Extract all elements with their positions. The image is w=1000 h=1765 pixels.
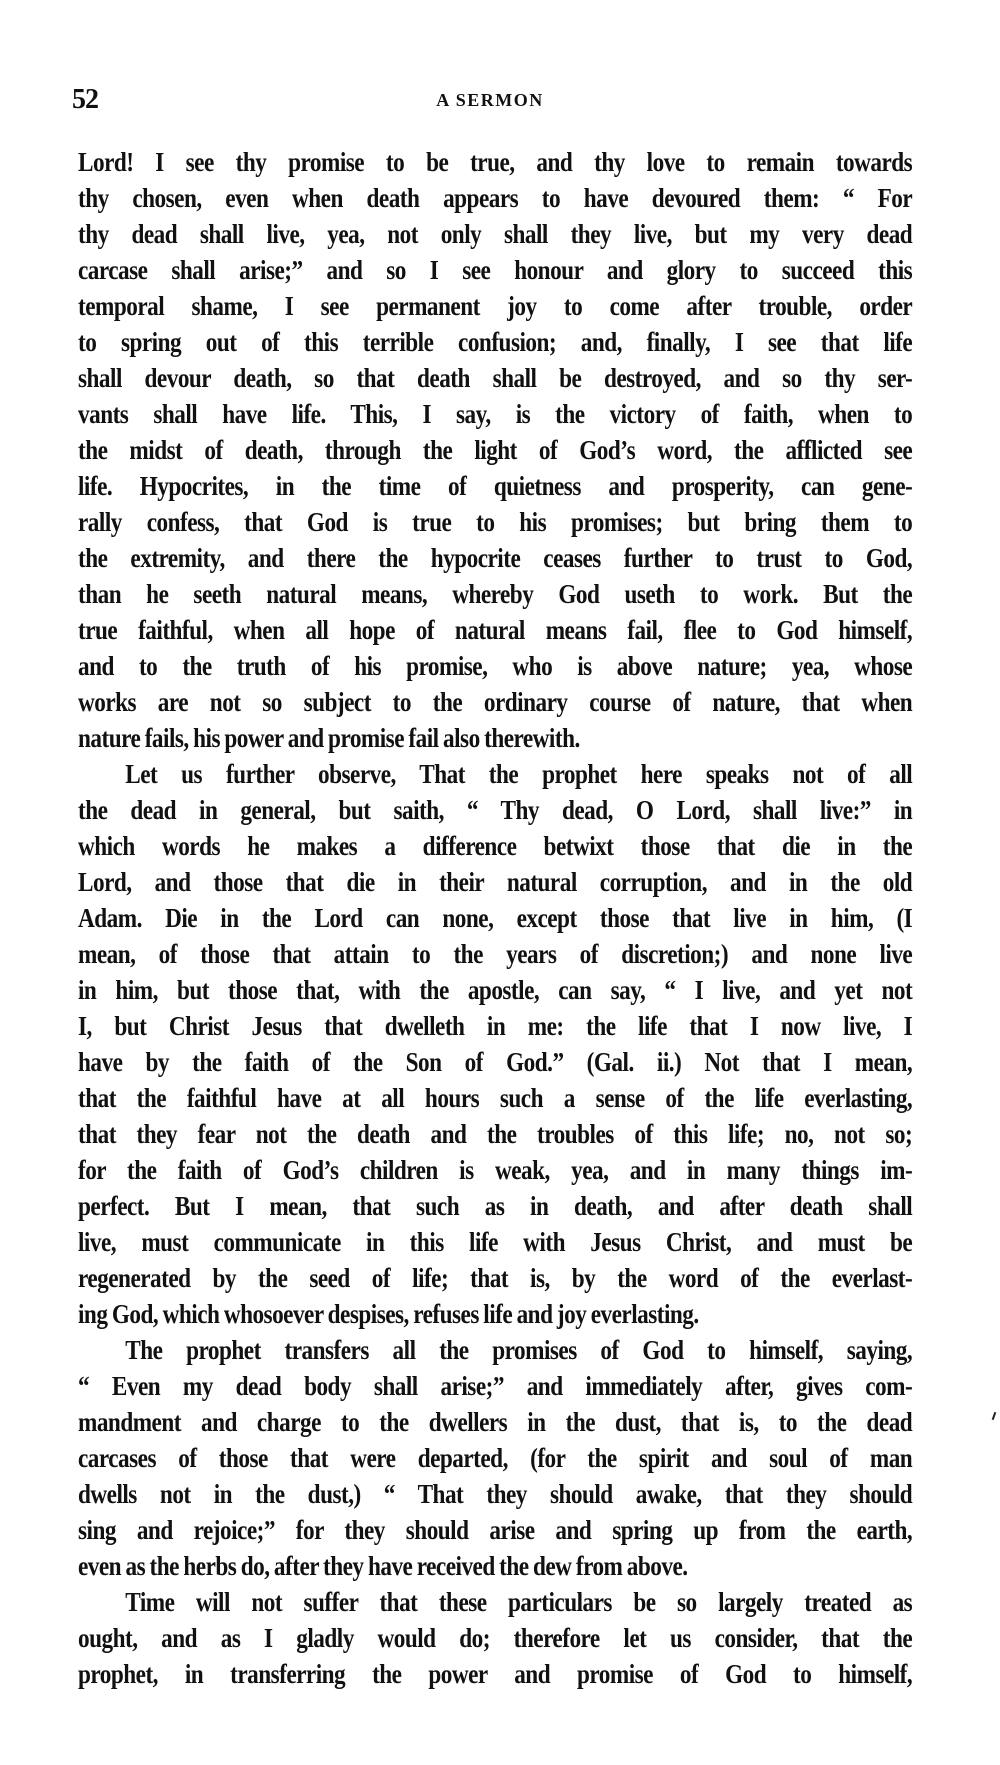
text-line: carcase shall arise;” and so I see honou… <box>78 252 912 288</box>
text-line: that they fear not the death and the tro… <box>78 1116 912 1152</box>
text-line: rally confess, that God is true to his p… <box>78 504 912 540</box>
paragraph: The prophet transfers all the promises o… <box>78 1332 912 1584</box>
running-header: A SERMON <box>0 90 980 111</box>
text-line: regenerated by the seed of life; that is… <box>78 1260 912 1296</box>
text-line: the midst of death, through the light of… <box>78 432 912 468</box>
text-line: I, but Christ Jesus that dwelleth in me:… <box>78 1008 912 1044</box>
text-line: true faithful, when all hope of natural … <box>78 612 912 648</box>
text-line: even as the herbs do, after they have re… <box>78 1548 912 1584</box>
text-line: “ Even my dead body shall arise;” and im… <box>78 1368 912 1404</box>
text-line: temporal shame, I see permanent joy to c… <box>78 288 912 324</box>
text-line: works are not so subject to the ordinary… <box>78 684 912 720</box>
text-line: mean, of those that attain to the years … <box>78 936 912 972</box>
body-text: Lord! I see thy promise to be true, and … <box>78 144 912 1692</box>
text-line: which words he makes a difference betwix… <box>78 828 912 864</box>
text-line: nature fails, his power and promise fail… <box>78 720 912 756</box>
text-line: carcases of those that were departed, (f… <box>78 1440 912 1476</box>
text-line: Lord, and those that die in their natura… <box>78 864 912 900</box>
text-line: shall devour death, so that death shall … <box>78 360 912 396</box>
text-line: Time will not suffer that these particul… <box>78 1584 912 1620</box>
stray-ink-mark <box>992 1412 997 1420</box>
text-line: Lord! I see thy promise to be true, and … <box>78 144 912 180</box>
text-line: the extremity, and there the hypocrite c… <box>78 540 912 576</box>
paragraph: Lord! I see thy promise to be true, and … <box>78 144 912 756</box>
paragraph: Let us further observe, That the prophet… <box>78 756 912 1332</box>
text-line: perfect. But I mean, that such as in dea… <box>78 1188 912 1224</box>
text-line: life. Hypocrites, in the time of quietne… <box>78 468 912 504</box>
text-line: than he seeth natural means, whereby God… <box>78 576 912 612</box>
text-line: dwells not in the dust,) “ That they sho… <box>78 1476 912 1512</box>
text-line: thy chosen, even when death appears to h… <box>78 180 912 216</box>
text-line: Let us further observe, That the prophet… <box>78 756 912 792</box>
text-line: the dead in general, but saith, “ Thy de… <box>78 792 912 828</box>
text-line: and to the truth of his promise, who is … <box>78 648 912 684</box>
text-line: for the faith of God’s children is weak,… <box>78 1152 912 1188</box>
text-line: live, must communicate in this life with… <box>78 1224 912 1260</box>
text-line: Adam. Die in the Lord can none, except t… <box>78 900 912 936</box>
text-line: sing and rejoice;” for they should arise… <box>78 1512 912 1548</box>
text-line: that the faithful have at all hours such… <box>78 1080 912 1116</box>
text-line: The prophet transfers all the promises o… <box>78 1332 912 1368</box>
text-line: in him, but those that, with the apostle… <box>78 972 912 1008</box>
text-line: mandment and charge to the dwellers in t… <box>78 1404 912 1440</box>
text-line: have by the faith of the Son of God.” (G… <box>78 1044 912 1080</box>
text-line: prophet, in transferring the power and p… <box>78 1656 912 1692</box>
paragraph: Time will not suffer that these particul… <box>78 1584 912 1692</box>
text-line: thy dead shall live, yea, not only shall… <box>78 216 912 252</box>
text-line: to spring out of this terrible confusion… <box>78 324 912 360</box>
text-line: ought, and as I gladly would do; therefo… <box>78 1620 912 1656</box>
text-line: ing God, which whosoever despises, refus… <box>78 1296 912 1332</box>
text-line: vants shall have life. This, I say, is t… <box>78 396 912 432</box>
